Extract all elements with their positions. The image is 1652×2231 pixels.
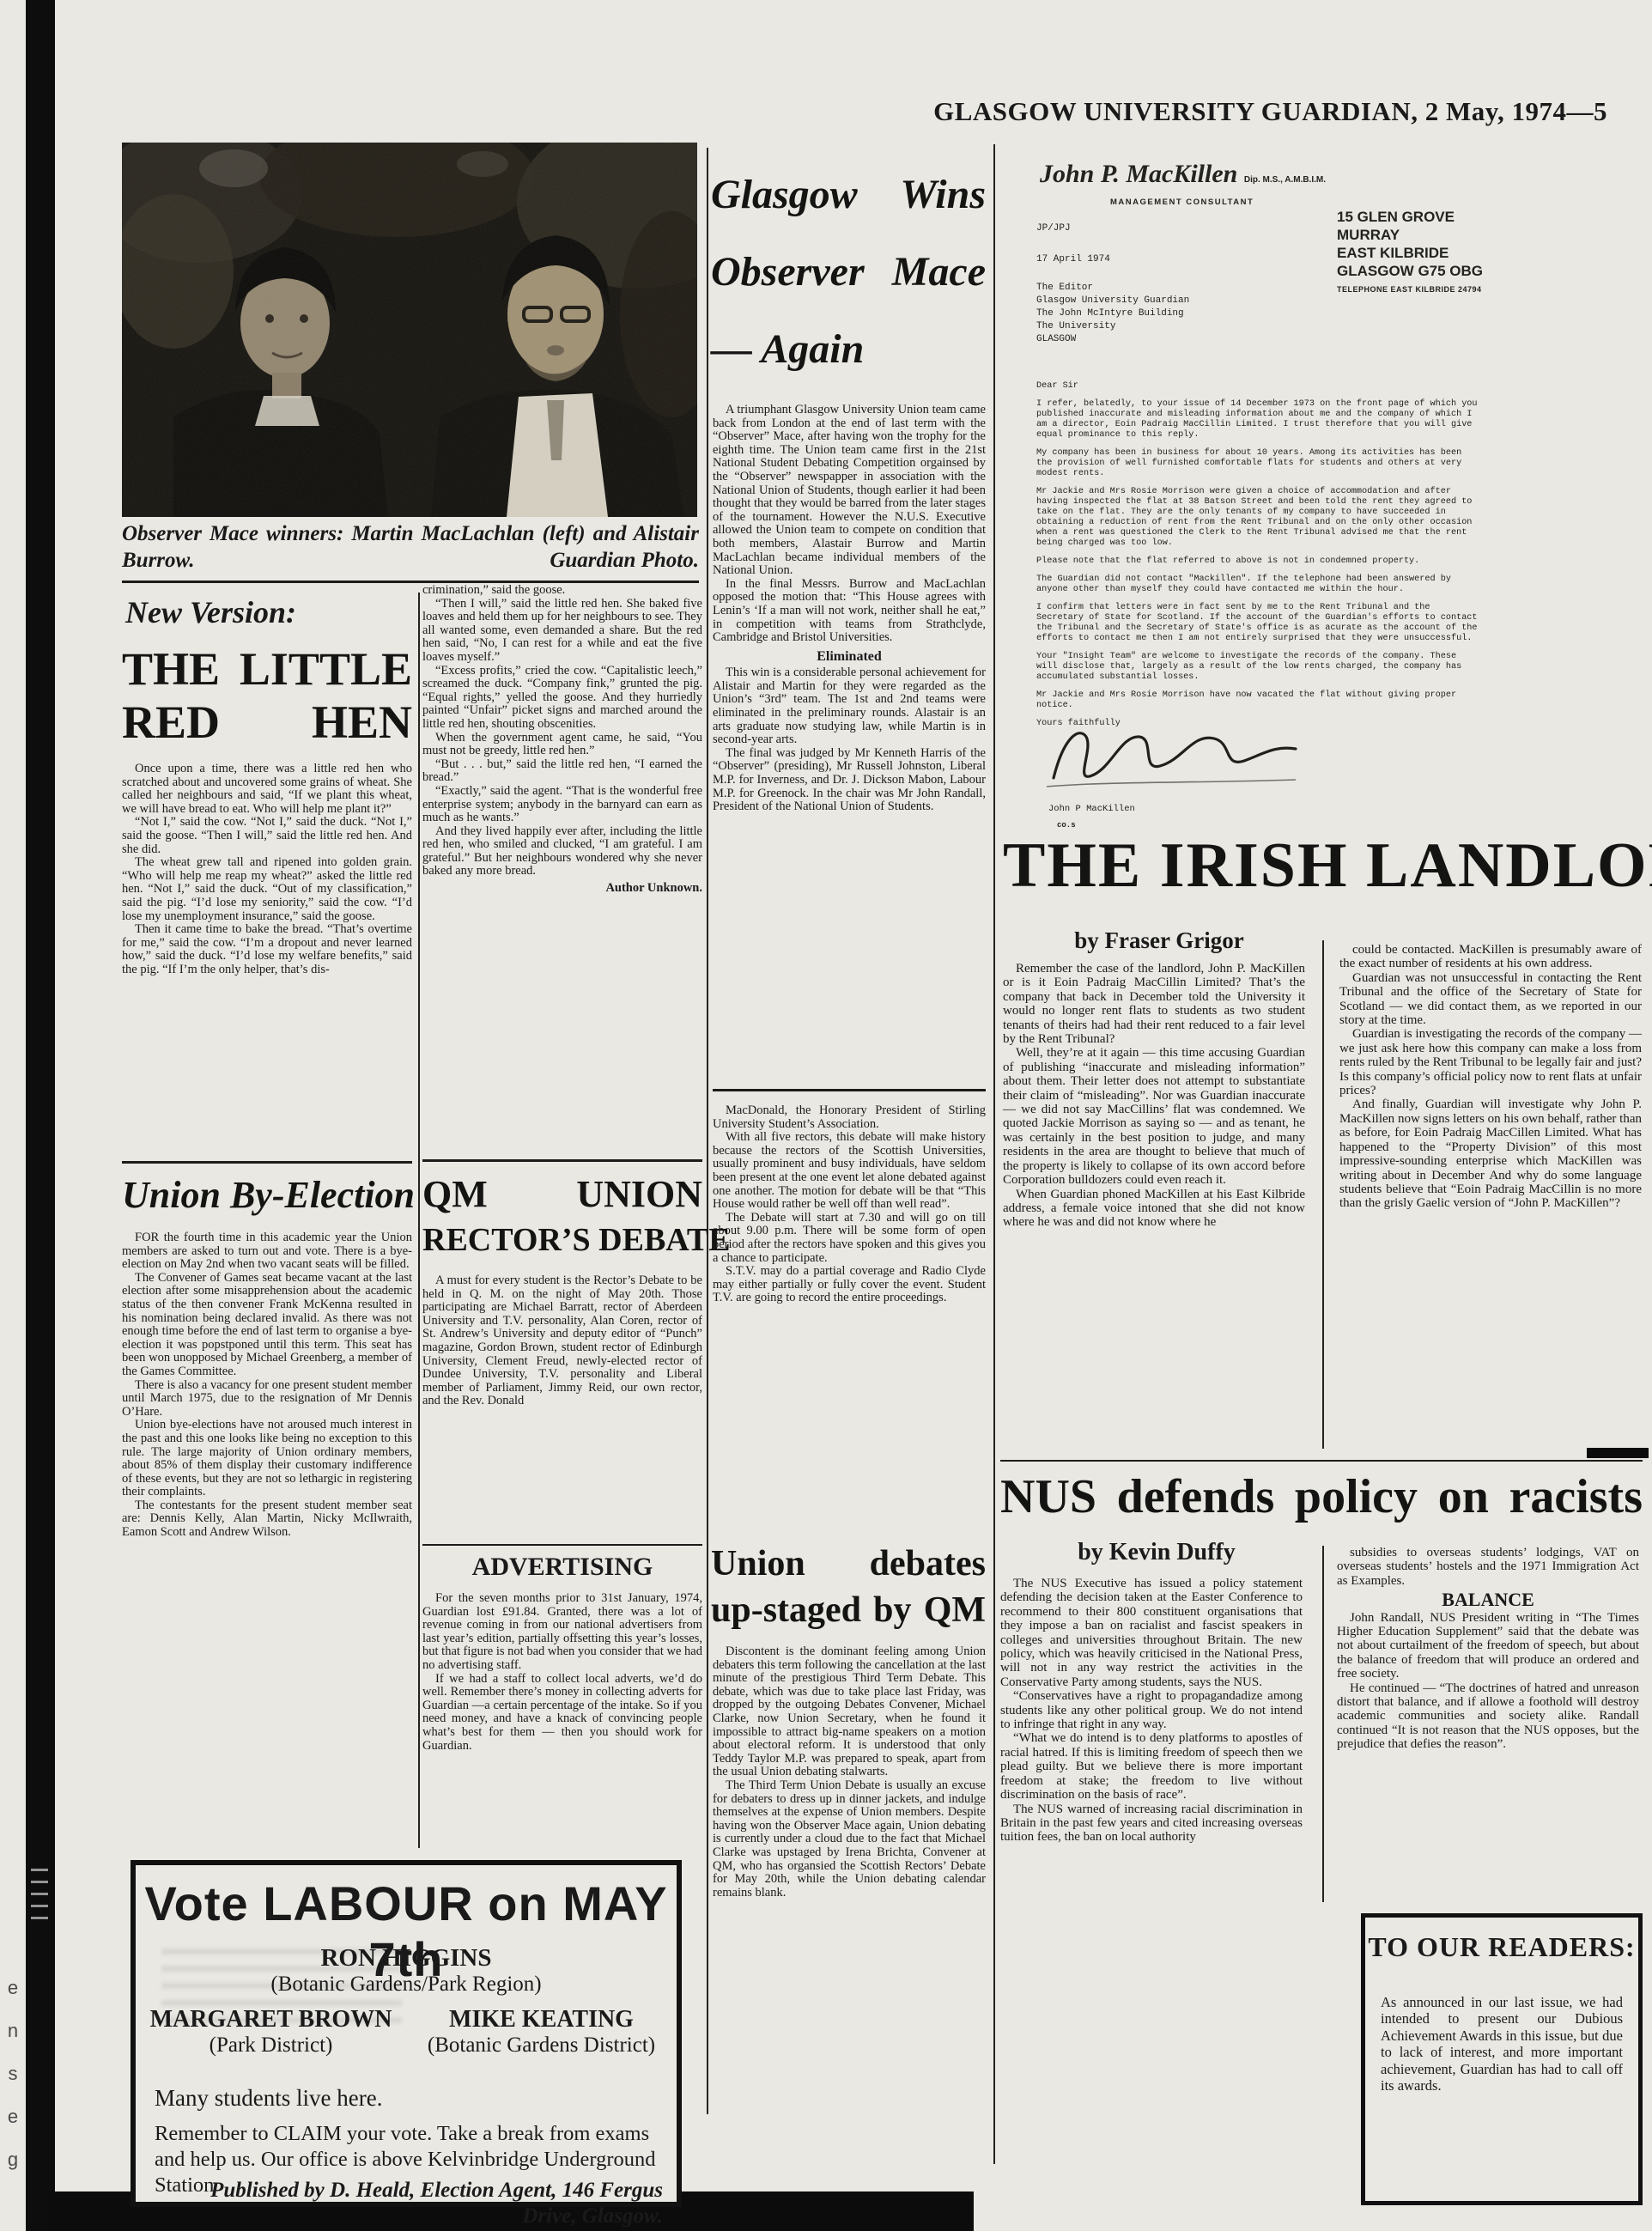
- letterhead-role: MANAGEMENT CONSULTANT: [1110, 198, 1254, 207]
- irish-landlord-headline: THE IRISH LANDLORD: [1003, 830, 1645, 902]
- irish-landlord-col1: Remember the case of the landlord, John …: [1003, 962, 1305, 1230]
- advertising-body: For the seven months prior to 31st Janua…: [422, 1592, 702, 1753]
- edge-marks: e n s e g: [2, 1967, 24, 2181]
- edge-mark: s: [2, 2052, 24, 2095]
- letter-signed-name: John P MacKillen: [1048, 804, 1135, 814]
- letterhead-name: John P. MacKillen Dip. M.S., A.M.B.I.M.: [1040, 160, 1326, 189]
- film-edge-strip: [26, 0, 55, 2231]
- candidate-region: (Botanic Gardens District): [406, 2033, 677, 2058]
- letter-note: co.s: [1057, 821, 1076, 830]
- nus-headline: NUS defends policy on racists: [1000, 1468, 1643, 1525]
- observer-mace-photo: [122, 143, 697, 517]
- column-rule-1: [418, 593, 420, 1848]
- rule-col2: [422, 1159, 702, 1162]
- letter-recipient: The Editor Glasgow University Guardian T…: [1036, 282, 1189, 346]
- irish-landlord-col2: could be contacted. MacKillen is presuma…: [1339, 943, 1642, 1211]
- candidate-region: (Park District): [136, 2033, 406, 2058]
- to-our-readers-box: TO OUR READERS: As announced in our last…: [1361, 1913, 1643, 2205]
- nus-subhead: BALANCE: [1337, 1593, 1639, 1607]
- labour-candidate-3: MIKE KEATING (Botanic Gardens District): [406, 2006, 677, 2058]
- readers-box-body: As announced in our last issue, we had i…: [1381, 1979, 1623, 2108]
- mace-body-part1: A triumphant Glasgow University Union te…: [713, 404, 986, 645]
- photo-credit: Guardian Photo.: [550, 547, 699, 574]
- photo-caption-line2: Burrow.: [122, 547, 195, 574]
- letter-paragraphs: I refer, belatedly, to your issue of 14 …: [1036, 399, 1478, 711]
- labour-candidate-1: RON HIGGINS (Botanic Gardens/Park Region…: [136, 1944, 677, 1997]
- union-debates-headline: Union debates up-staged by QM: [711, 1541, 986, 1633]
- qm-rectors-headline: QM UNION RECTOR’S DEBATE: [422, 1171, 702, 1262]
- rule-col3: [713, 1089, 986, 1091]
- little-red-hen-byline: Author Unknown.: [422, 882, 702, 896]
- labour-ad-imprint: Published by D. Heald, Election Agent, 1…: [155, 2178, 663, 2229]
- masthead: GLASGOW UNIVERSITY GUARDIAN, 2 May, 1974…: [816, 96, 1607, 127]
- column-rule-5: [1322, 1546, 1324, 1902]
- rule-advertising: [422, 1544, 702, 1546]
- scan-ink-mark: [1587, 1448, 1649, 1458]
- photo-caption-line1: Observer Mace winners: Martin MacLachlan…: [122, 520, 699, 547]
- letter-date: 17 April 1974: [1036, 254, 1110, 264]
- mace-body-part2: This win is a considerable personal achi…: [713, 666, 986, 814]
- rule-col1: [122, 1161, 412, 1164]
- little-red-hen-col2: crimination,” said the goose.“Then I wil…: [422, 584, 702, 896]
- irish-landlord-byline: by Fraser Grigor: [1003, 927, 1315, 954]
- nus-col2-part1: subsidies to overseas students’ lodgings…: [1337, 1546, 1639, 1588]
- edge-mark: g: [2, 2138, 24, 2181]
- letter-reference: JP/JPJ: [1036, 223, 1071, 234]
- rule-under-caption: [122, 581, 699, 583]
- nus-col2-part2: John Randall, NUS President writing in “…: [1337, 1611, 1639, 1752]
- nus-col2: subsidies to overseas students’ lodgings…: [1337, 1546, 1639, 1752]
- letter-phone: TELEPHONE EAST KILBRIDE 24794: [1337, 285, 1482, 294]
- letterhead-qualifications: Dip. M.S., A.M.B.I.M.: [1244, 175, 1326, 185]
- advertising-headline: ADVERTISING: [422, 1553, 702, 1582]
- union-byelection-body: FOR the fourth time in this academic yea…: [122, 1231, 412, 1540]
- labour-candidate-row: MARGARET BROWN (Park District) MIKE KEAT…: [136, 2006, 677, 2058]
- letter-body: Dear Sir I refer, belatedly, to your iss…: [1036, 381, 1478, 729]
- edge-mark: n: [2, 2009, 24, 2052]
- labour-ad-note: Many students live here.: [155, 2085, 382, 2112]
- column-rule-4: [1322, 940, 1324, 1449]
- readers-box-headline: TO OUR READERS:: [1365, 1931, 1638, 1963]
- qm-rectors-continued: MacDonald, the Honorary President of Sti…: [713, 1104, 986, 1305]
- mace-body: A triumphant Glasgow University Union te…: [713, 404, 986, 814]
- edge-mark: e: [2, 1967, 24, 2009]
- photo-illustration: [122, 143, 697, 517]
- signature-icon: [1038, 711, 1313, 797]
- union-byelection-headline: Union By-Election: [122, 1173, 412, 1218]
- little-red-hen-col1: Once upon a time, there was a little red…: [122, 763, 412, 977]
- little-red-hen-headline: THE LITTLE RED HEN: [122, 642, 412, 749]
- nus-byline: by Kevin Duffy: [1000, 1539, 1313, 1566]
- edge-mark: e: [2, 2095, 24, 2138]
- column-rule-3: [993, 144, 995, 2164]
- candidate-name: MIKE KEATING: [406, 2006, 677, 2033]
- union-debates-body: Discontent is the dominant feeling among…: [713, 1645, 986, 1900]
- rule-nus: [1000, 1460, 1643, 1462]
- letter-sender-address: 15 GLEN GROVE MURRAY EAST KILBRIDE GLASG…: [1337, 208, 1483, 280]
- mace-headline: Glasgow Wins Observer Mace — Again: [711, 156, 986, 388]
- letter-salutation: Dear Sir: [1036, 381, 1478, 392]
- photo-caption: Observer Mace winners: Martin MacLachlan…: [122, 520, 699, 574]
- letterhead-name-text: John P. MacKillen: [1040, 160, 1237, 188]
- labour-ad: Vote LABOUR on MAY 7th RON HIGGINS (Bota…: [131, 1860, 682, 2207]
- mace-subhead: Eliminated: [713, 650, 986, 664]
- candidate-name: RON HIGGINS: [136, 1944, 677, 1973]
- nus-col1: The NUS Executive has issued a policy st…: [1000, 1577, 1303, 1845]
- labour-candidate-2: MARGARET BROWN (Park District): [136, 2006, 406, 2058]
- newspaper-page: e n s e g GLASGOW UNIVERSITY GUARDIAN, 2…: [0, 0, 1652, 2231]
- qm-rectors-body: A must for every student is the Rector’s…: [422, 1274, 702, 1408]
- little-red-hen-col2-text: crimination,” said the goose.“Then I wil…: [422, 584, 702, 878]
- candidate-region: (Botanic Gardens/Park Region): [136, 1973, 677, 1997]
- column-rule-2: [707, 148, 708, 2114]
- little-red-hen-kicker: New Version:: [125, 594, 296, 630]
- candidate-name: MARGARET BROWN: [136, 2006, 406, 2033]
